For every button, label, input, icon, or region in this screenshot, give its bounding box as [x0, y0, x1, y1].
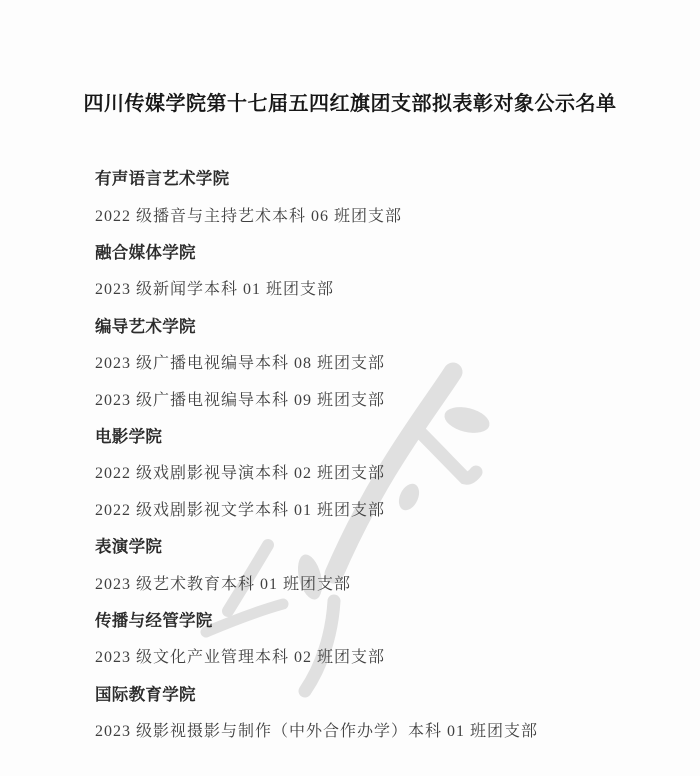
branch-item: 2023 级影视摄影与制作（中外合作办学）本科 01 班团支部	[95, 718, 538, 741]
branch-item-row: 2022 级播音与主持艺术本科 06 班团支部	[0, 196, 700, 233]
branch-item-row: 2023 级文化产业管理本科 02 班团支部	[0, 637, 700, 674]
document-title: 四川传媒学院第十七届五四红旗团支部拟表彰对象公示名单	[0, 0, 700, 118]
branch-item: 2023 级广播电视编导本科 09 班团支部	[95, 387, 385, 410]
branch-item-row: 2022 级戏剧影视导演本科 02 班团支部	[0, 453, 700, 490]
branch-item-row: 2023 级艺术教育本科 01 班团支部	[0, 564, 700, 601]
college-heading: 融合媒体学院	[95, 239, 196, 263]
branch-item-row: 2023 级新闻学本科 01 班团支部	[0, 269, 700, 306]
college-heading: 编导艺术学院	[95, 313, 196, 337]
document-page: 四川传媒学院第十七届五四红旗团支部拟表彰对象公示名单 有声语言艺术学院 2022…	[0, 0, 700, 776]
document-content: 四川传媒学院第十七届五四红旗团支部拟表彰对象公示名单 有声语言艺术学院 2022…	[0, 0, 700, 776]
branch-item: 2022 级戏剧影视导演本科 02 班团支部	[95, 460, 385, 483]
college-heading: 有声语言艺术学院	[95, 165, 229, 189]
branch-item: 2022 级播音与主持艺术本科 06 班团支部	[95, 203, 402, 226]
college-heading-row: 有声语言艺术学院	[0, 159, 700, 196]
branch-item: 2023 级文化产业管理本科 02 班团支部	[95, 644, 385, 667]
college-heading: 电影学院	[95, 423, 162, 447]
college-heading-row: 国际教育学院	[0, 674, 700, 711]
college-heading: 表演学院	[95, 533, 162, 557]
branch-item-row: 2023 级影视摄影与制作（中外合作办学）本科 01 班团支部	[0, 711, 700, 748]
college-heading-row: 电影学院	[0, 417, 700, 454]
branch-item: 2023 级艺术教育本科 01 班团支部	[95, 571, 351, 594]
college-heading-row: 传播与经管学院	[0, 601, 700, 638]
branch-item-row: 2023 级广播电视编导本科 08 班团支部	[0, 343, 700, 380]
branch-item-row: 2022 级戏剧影视文学本科 01 班团支部	[0, 490, 700, 527]
college-heading: 传播与经管学院	[95, 607, 213, 631]
college-heading-row: 融合媒体学院	[0, 233, 700, 270]
branch-item-row: 2023 级广播电视编导本科 09 班团支部	[0, 380, 700, 417]
branch-item: 2023 级新闻学本科 01 班团支部	[95, 276, 334, 299]
college-heading-row: 表演学院	[0, 527, 700, 564]
college-heading: 国际教育学院	[95, 681, 196, 705]
college-heading-row: 编导艺术学院	[0, 306, 700, 343]
commendation-list: 有声语言艺术学院 2022 级播音与主持艺术本科 06 班团支部 融合媒体学院 …	[0, 159, 700, 748]
branch-item: 2023 级广播电视编导本科 08 班团支部	[95, 350, 385, 373]
branch-item: 2022 级戏剧影视文学本科 01 班团支部	[95, 497, 385, 520]
